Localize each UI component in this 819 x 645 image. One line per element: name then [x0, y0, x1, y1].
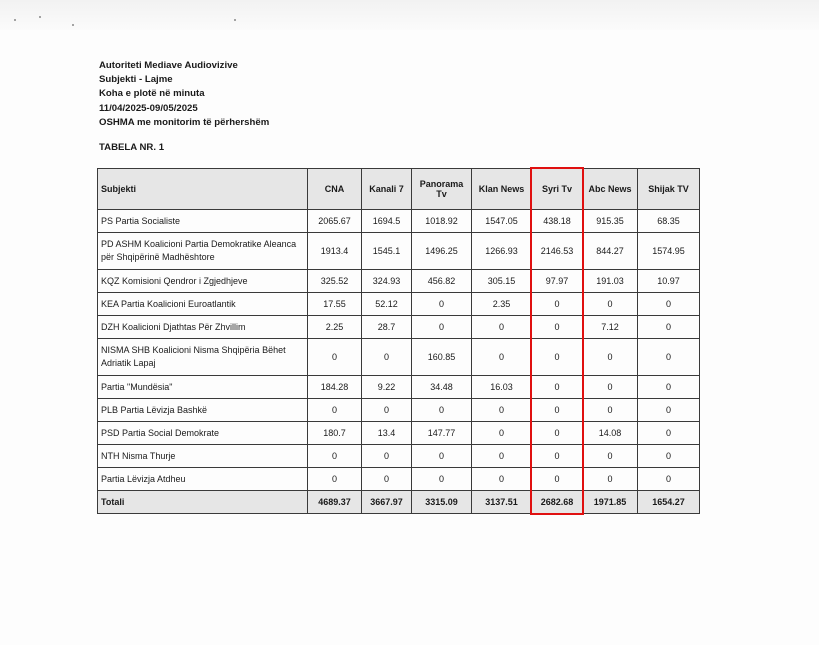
scan-speck: [14, 19, 16, 21]
value-cell: 1018.92: [412, 210, 472, 233]
value-cell: 0: [532, 445, 583, 468]
value-cell: 0: [412, 468, 472, 491]
value-cell: 52.12: [362, 293, 412, 316]
subject-cell: PS Partia Socialiste: [98, 210, 308, 233]
value-cell: 1266.93: [472, 233, 532, 270]
table-row: PD ASHM Koalicioni Partia Demokratike Al…: [98, 233, 700, 270]
table-row: KEA Partia Koalicioni Euroatlantik17.555…: [98, 293, 700, 316]
scan-artifact-band: [0, 0, 819, 30]
table-row: DZH Koalicioni Djathtas Për Zhvillim2.25…: [98, 316, 700, 339]
value-cell: 0: [362, 445, 412, 468]
value-cell: 180.7: [308, 422, 362, 445]
value-cell: 1545.1: [362, 233, 412, 270]
value-cell: 0: [412, 399, 472, 422]
document-header: Autoriteti Mediave Audiovizive Subjekti …: [99, 59, 269, 130]
column-header-abc-news: Abc News: [583, 169, 638, 210]
value-cell: 191.03: [583, 270, 638, 293]
value-cell: 1654.27: [638, 491, 700, 514]
header-line-period: 11/04/2025-09/05/2025: [99, 102, 269, 116]
value-cell: 0: [472, 316, 532, 339]
column-header-panorama-tv: Panorama Tv: [412, 169, 472, 210]
value-cell: 456.82: [412, 270, 472, 293]
subject-cell: NISMA SHB Koalicioni Nisma Shqipëria Bëh…: [98, 339, 308, 376]
subject-cell: PLB Partia Lëvizja Bashkë: [98, 399, 308, 422]
header-line-authority: Autoriteti Mediave Audiovizive: [99, 59, 269, 73]
value-cell: 68.35: [638, 210, 700, 233]
value-cell: 0: [638, 339, 700, 376]
value-cell: 0: [472, 422, 532, 445]
value-cell: 0: [532, 316, 583, 339]
value-cell: 0: [532, 422, 583, 445]
value-cell: 34.48: [412, 376, 472, 399]
value-cell: 0: [412, 316, 472, 339]
value-cell: 160.85: [412, 339, 472, 376]
table-row: Partia "Mundësia"184.289.2234.4816.03000: [98, 376, 700, 399]
table-row: NISMA SHB Koalicioni Nisma Shqipëria Bëh…: [98, 339, 700, 376]
column-header-subject: Subjekti: [98, 169, 308, 210]
value-cell: 2146.53: [532, 233, 583, 270]
value-cell: 1694.5: [362, 210, 412, 233]
value-cell: 0: [532, 293, 583, 316]
subject-cell: PD ASHM Koalicioni Partia Demokratike Al…: [98, 233, 308, 270]
scanned-page: Autoriteti Mediave Audiovizive Subjekti …: [0, 0, 819, 645]
value-cell: 0: [308, 399, 362, 422]
value-cell: 0: [412, 445, 472, 468]
value-cell: 844.27: [583, 233, 638, 270]
table-row: NTH Nisma Thurje0000000: [98, 445, 700, 468]
value-cell: 0: [472, 445, 532, 468]
value-cell: 184.28: [308, 376, 362, 399]
value-cell: 4689.37: [308, 491, 362, 514]
table-row: PLB Partia Lëvizja Bashkë0000000: [98, 399, 700, 422]
value-cell: 0: [308, 468, 362, 491]
subject-cell: DZH Koalicioni Djathtas Për Zhvillim: [98, 316, 308, 339]
value-cell: 0: [638, 445, 700, 468]
value-cell: 2.25: [308, 316, 362, 339]
value-cell: 3315.09: [412, 491, 472, 514]
value-cell: 2682.68: [532, 491, 583, 514]
value-cell: 13.4: [362, 422, 412, 445]
column-header-shijak-tv: Shijak TV: [638, 169, 700, 210]
table-header-row: Subjekti CNA Kanali 7 Panorama Tv Klan N…: [98, 169, 700, 210]
value-cell: 0: [638, 468, 700, 491]
value-cell: 0: [638, 316, 700, 339]
value-cell: 14.08: [583, 422, 638, 445]
subject-cell: Partia "Mundësia": [98, 376, 308, 399]
value-cell: 0: [362, 399, 412, 422]
value-cell: 16.03: [472, 376, 532, 399]
value-cell: 0: [532, 399, 583, 422]
value-cell: 0: [583, 445, 638, 468]
monitoring-table: Subjekti CNA Kanali 7 Panorama Tv Klan N…: [97, 168, 700, 514]
table-row: PS Partia Socialiste2065.671694.51018.92…: [98, 210, 700, 233]
value-cell: 17.55: [308, 293, 362, 316]
value-cell: 0: [583, 399, 638, 422]
value-cell: 0: [412, 293, 472, 316]
table-row: Partia Lëvizja Atdheu0000000: [98, 468, 700, 491]
value-cell: 0: [583, 468, 638, 491]
value-cell: 3137.51: [472, 491, 532, 514]
value-cell: 1913.4: [308, 233, 362, 270]
value-cell: 0: [638, 422, 700, 445]
value-cell: 0: [532, 376, 583, 399]
value-cell: 0: [638, 293, 700, 316]
value-cell: 147.77: [412, 422, 472, 445]
column-header-kanali7: Kanali 7: [362, 169, 412, 210]
value-cell: 7.12: [583, 316, 638, 339]
value-cell: 0: [532, 468, 583, 491]
subject-cell: PSD Partia Social Demokrate: [98, 422, 308, 445]
value-cell: 10.97: [638, 270, 700, 293]
value-cell: 0: [638, 399, 700, 422]
value-cell: 0: [308, 339, 362, 376]
header-line-subject: Subjekti - Lajme: [99, 73, 269, 87]
value-cell: 0: [472, 468, 532, 491]
value-cell: 325.52: [308, 270, 362, 293]
value-cell: 1971.85: [583, 491, 638, 514]
table-label: TABELA NR. 1: [99, 142, 164, 153]
subject-cell: NTH Nisma Thurje: [98, 445, 308, 468]
header-line-metric: Koha e plotë në minuta: [99, 87, 269, 101]
value-cell: 28.7: [362, 316, 412, 339]
value-cell: 1496.25: [412, 233, 472, 270]
value-cell: 0: [583, 376, 638, 399]
header-line-monitoring: OSHMA me monitorim të përhershëm: [99, 116, 269, 130]
value-cell: 0: [583, 339, 638, 376]
column-header-klan-news: Klan News: [472, 169, 532, 210]
value-cell: 0: [472, 399, 532, 422]
value-cell: 0: [362, 339, 412, 376]
value-cell: 2065.67: [308, 210, 362, 233]
subject-cell: Partia Lëvizja Atdheu: [98, 468, 308, 491]
scan-speck: [72, 24, 74, 26]
total-row: Totali4689.373667.973315.093137.512682.6…: [98, 491, 700, 514]
subject-cell: KQZ Komisioni Qendror i Zgjedhjeve: [98, 270, 308, 293]
value-cell: 9.22: [362, 376, 412, 399]
column-header-cna: CNA: [308, 169, 362, 210]
table-row: PSD Partia Social Demokrate180.713.4147.…: [98, 422, 700, 445]
scan-speck: [234, 19, 236, 21]
value-cell: 438.18: [532, 210, 583, 233]
value-cell: 3667.97: [362, 491, 412, 514]
value-cell: 0: [638, 376, 700, 399]
scan-speck: [39, 16, 41, 18]
value-cell: 305.15: [472, 270, 532, 293]
table-row: KQZ Komisioni Qendror i Zgjedhjeve325.52…: [98, 270, 700, 293]
value-cell: 0: [472, 339, 532, 376]
value-cell: 324.93: [362, 270, 412, 293]
value-cell: 915.35: [583, 210, 638, 233]
value-cell: 0: [532, 339, 583, 376]
value-cell: 1547.05: [472, 210, 532, 233]
value-cell: 2.35: [472, 293, 532, 316]
value-cell: 97.97: [532, 270, 583, 293]
value-cell: 0: [362, 468, 412, 491]
subject-cell: Totali: [98, 491, 308, 514]
subject-cell: KEA Partia Koalicioni Euroatlantik: [98, 293, 308, 316]
value-cell: 0: [308, 445, 362, 468]
value-cell: 0: [583, 293, 638, 316]
value-cell: 1574.95: [638, 233, 700, 270]
column-header-syri-tv: Syri Tv: [532, 169, 583, 210]
